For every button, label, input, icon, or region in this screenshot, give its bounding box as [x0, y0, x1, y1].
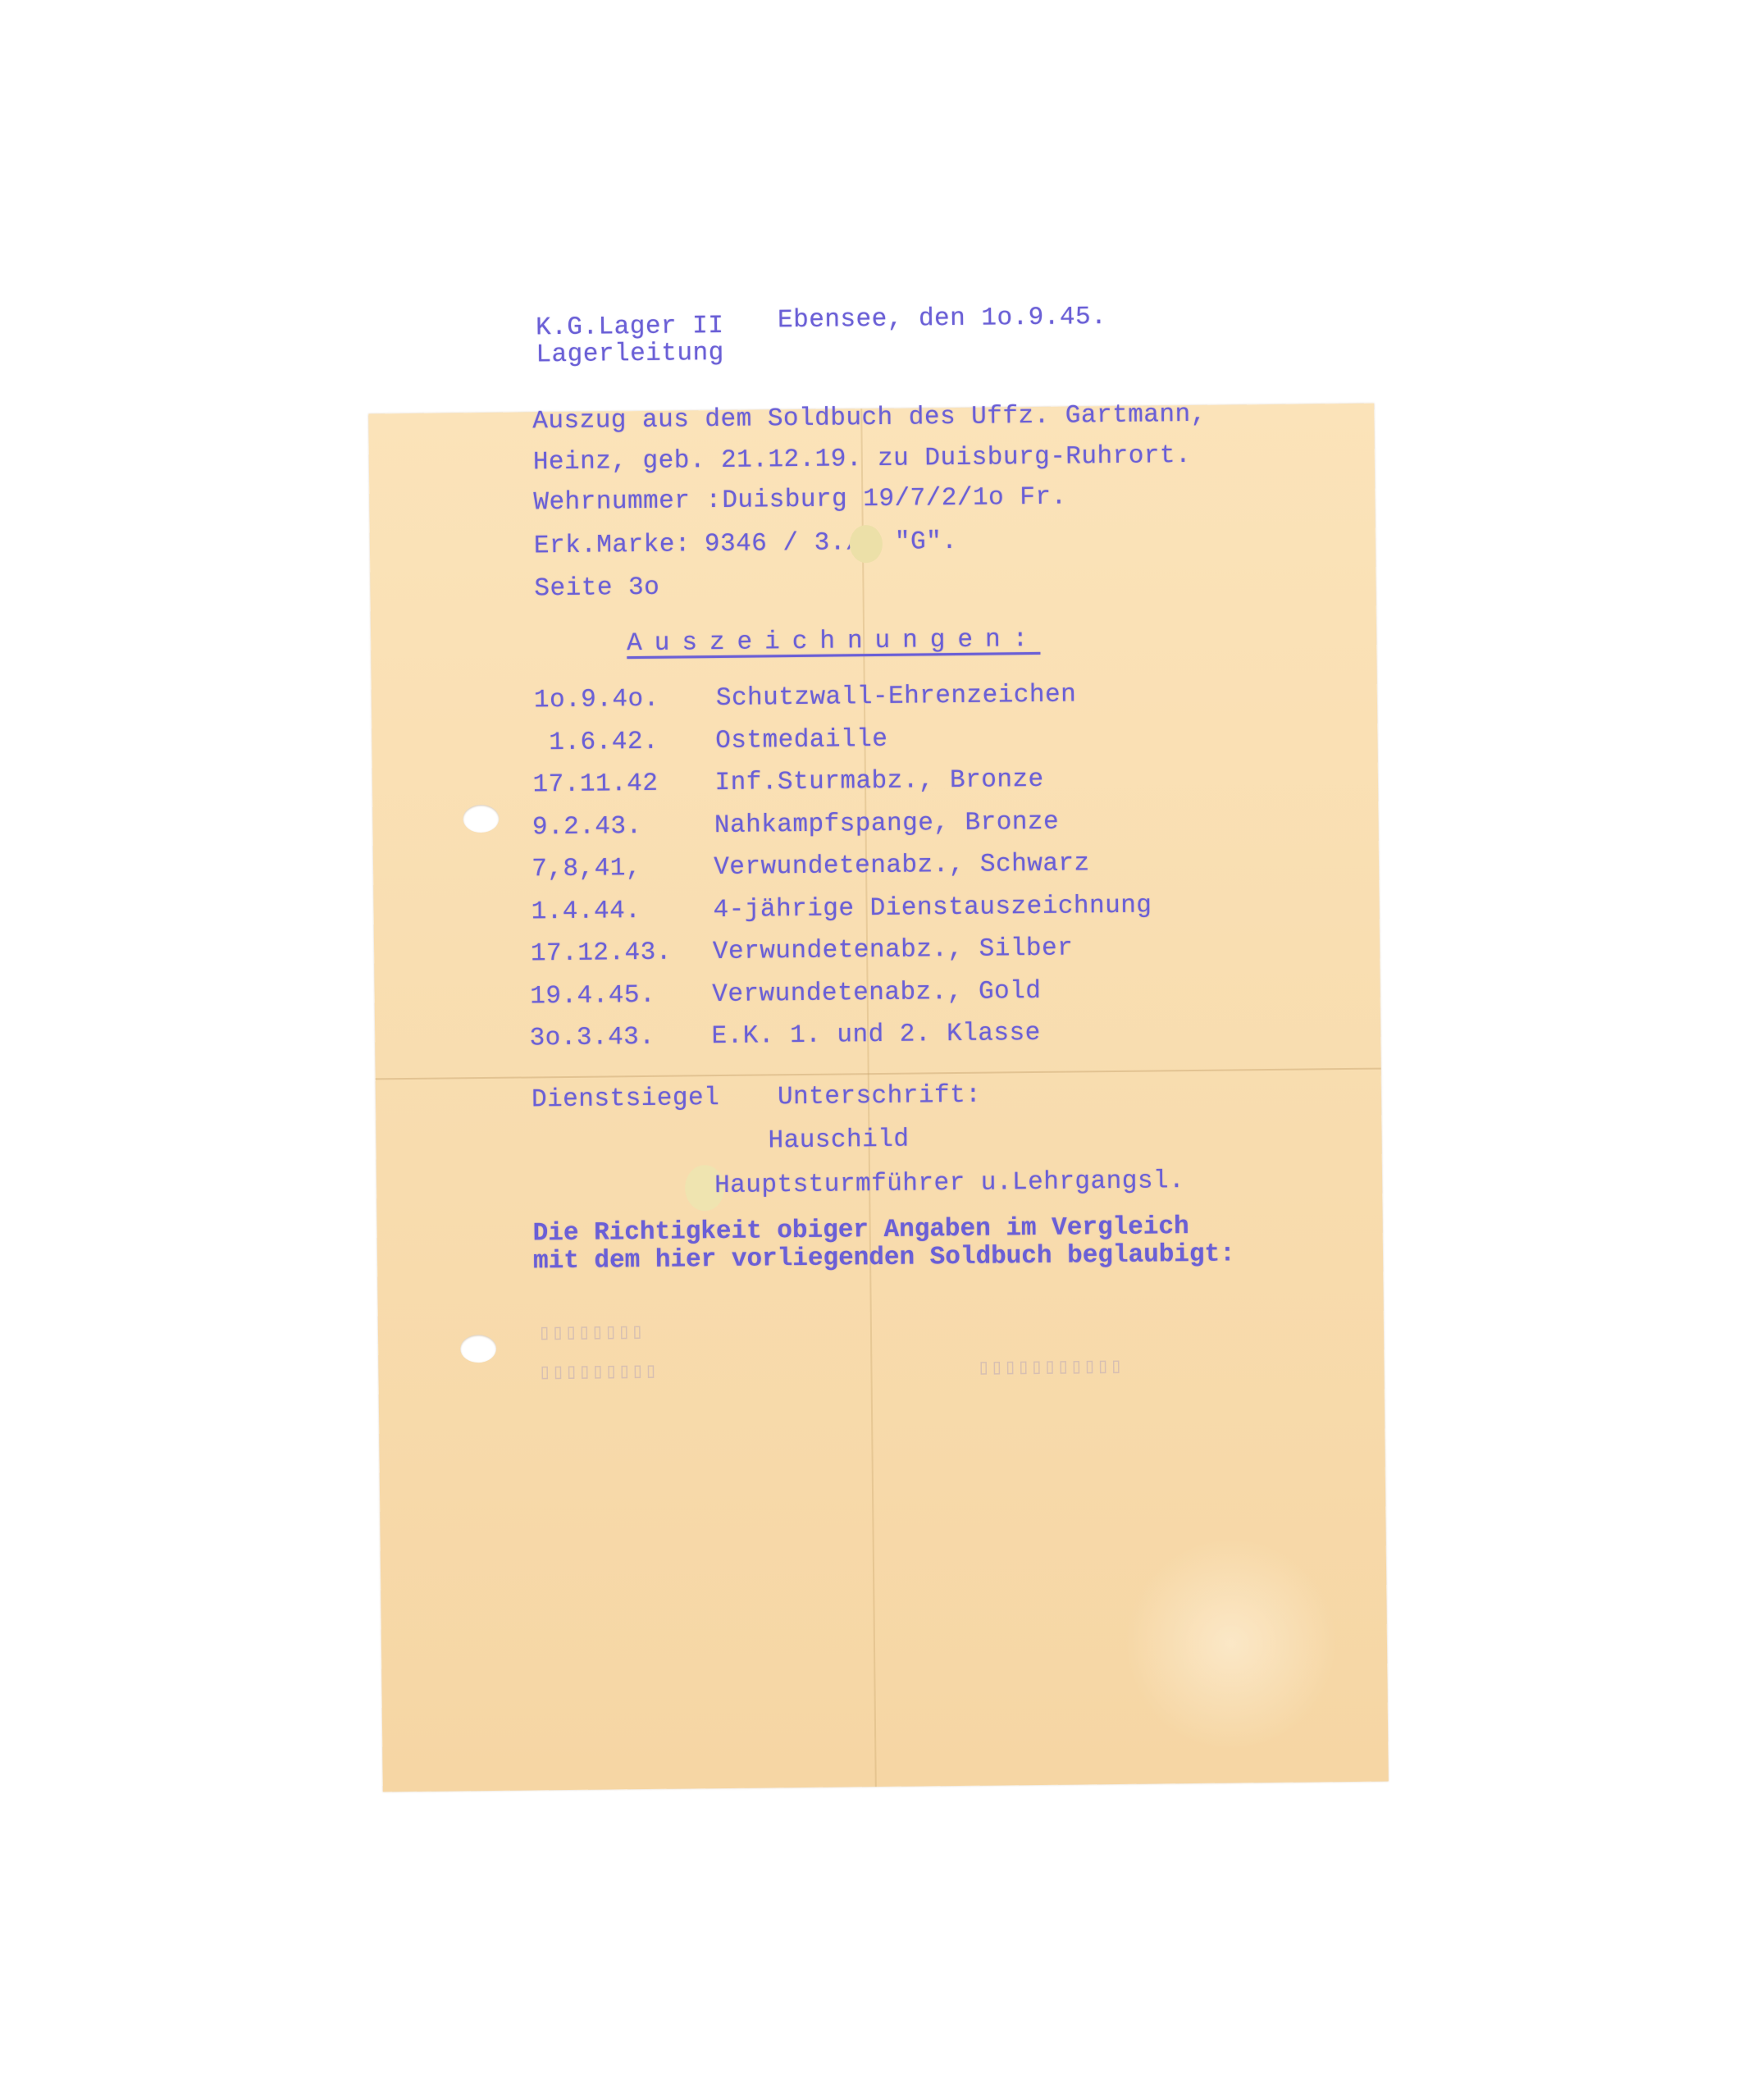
award-date: 7,8,41, [532, 856, 641, 882]
award-name: Verwundetenabz., Schwarz [714, 851, 1090, 880]
award-name: E.K. 1. und 2. Klasse [711, 1020, 1040, 1049]
bleed-through-text: ▯▯▯▯▯▯▯▯▯▯▯ [977, 1356, 1123, 1379]
bleed-through-text: ▯▯▯▯▯▯▯▯ [538, 1322, 644, 1344]
document-sheet: K.G.Lager II Lagerleitung Ebensee, den 1… [368, 404, 1389, 1792]
punch-hole-top [463, 805, 499, 833]
page-reference: Seite 3o [534, 575, 659, 602]
award-date: 1.6.42. [533, 728, 659, 756]
award-date: 1.4.44. [531, 898, 641, 924]
erkennungsmarke-suffix: "G". [895, 529, 958, 555]
paper-stain [1124, 1536, 1339, 1751]
bleed-through-text: ▯▯▯▯▯▯▯▯▯ [538, 1361, 658, 1384]
awards-heading: Auszeichnungen: [627, 627, 1040, 656]
wehrnummer-label: Wehrnummer : [533, 488, 722, 515]
signatory-name: Hauschild [768, 1127, 909, 1154]
award-date: 9.2.43. [532, 814, 642, 840]
header-dept: Lagerleitung [536, 340, 724, 367]
award-date: 17.12.43. [531, 940, 672, 967]
award-name: Schutzwall-Ehrenzeichen [716, 682, 1077, 711]
header-org: K.G.Lager II [536, 313, 724, 340]
place-date: Ebensee, den 1o.9.45. [778, 304, 1106, 333]
intro-line-1: Auszug aus dem Soldbuch des Uffz. Gartma… [532, 402, 1207, 435]
erkennungsmarke-label: Erk.Marke: [534, 532, 691, 559]
award-name: Nahkampfspange, Bronze [714, 809, 1060, 838]
award-name: 4-jährige Dienstauszeichnung [713, 892, 1152, 923]
award-name: Verwundetenabz., Gold [712, 978, 1041, 1007]
certification-line-2: mit dem hier vorliegenden Soldbuch begla… [533, 1241, 1235, 1274]
award-name: Verwundetenabz., Silber [713, 936, 1074, 966]
award-date: 17.11.42 [532, 771, 658, 798]
seal-label: Dienstsiegel [532, 1085, 720, 1112]
award-date: 3o.3.43. [529, 1025, 655, 1052]
award-name: Inf.Sturmabz., Bronze [714, 767, 1043, 796]
award-date: 1o.9.4o. [534, 687, 659, 714]
award-name: Ostmedaille [715, 726, 887, 753]
award-date: 19.4.45. [530, 982, 655, 1009]
wehrnummer-value: Duisburg 19/7/2/1o Fr. [722, 485, 1067, 514]
signatory-title: Hauptsturmführer u.Lehrgangsl. [714, 1168, 1184, 1198]
signature-label: Unterschrift: [778, 1083, 982, 1111]
punch-hole-bottom [460, 1335, 496, 1363]
redaction-mark [850, 525, 883, 563]
intro-line-2: Heinz, geb. 21.12.19. zu Duisburg-Ruhror… [533, 443, 1192, 475]
erkennungsmarke-value: 9346 / 3./ [705, 530, 861, 557]
